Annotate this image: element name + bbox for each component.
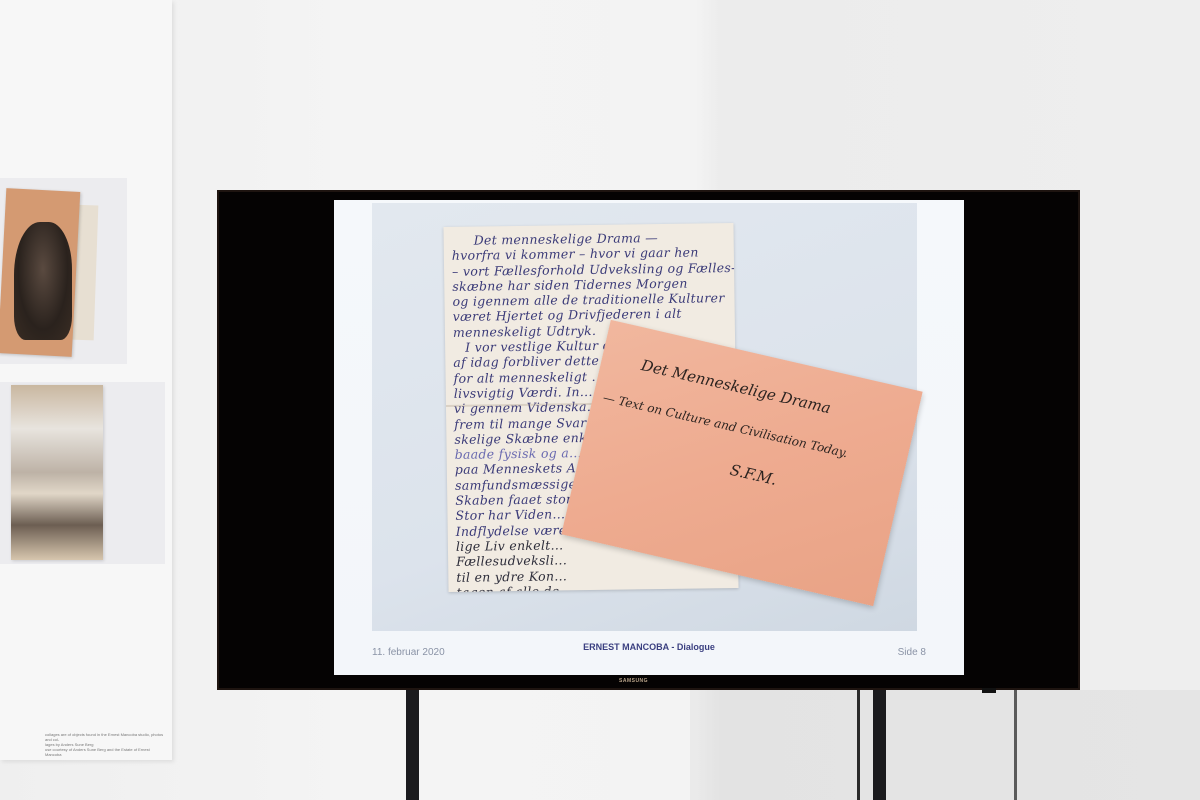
caption-line: collages are of objects found in the Ern… [45,732,165,742]
bronze-bust-image [14,222,72,340]
tv-brand-logo: SAMSUNG [619,678,648,684]
slide-photo: Det menneskelige Drama — hvorfra vi komm… [372,203,917,631]
wall-shadow [690,690,1200,800]
slide-title: ERNEST MANCOBA - Dialogue [334,642,964,652]
tv-stand-leg-left [406,690,419,800]
exhibition-wall-panel: collages are of objects found in the Ern… [0,0,172,760]
caption-line: use courtesy of Anders Sune Berg and the… [45,747,165,757]
tv-sensor [982,688,996,693]
newspaper-collage-image [11,385,103,560]
slide-footer: 11. februar 2020 ERNEST MANCOBA - Dialog… [334,637,964,667]
signal-cable [1014,690,1017,800]
tv-stand-leg-right [873,690,886,800]
power-cable [857,690,860,800]
slide-page-number: Side 8 [898,647,926,658]
panel-caption: collages are of objects found in the Ern… [45,732,165,757]
envelope-initials: S.F.M. [728,461,778,489]
presentation-slide: Det menneskelige Drama — hvorfra vi komm… [334,200,964,675]
